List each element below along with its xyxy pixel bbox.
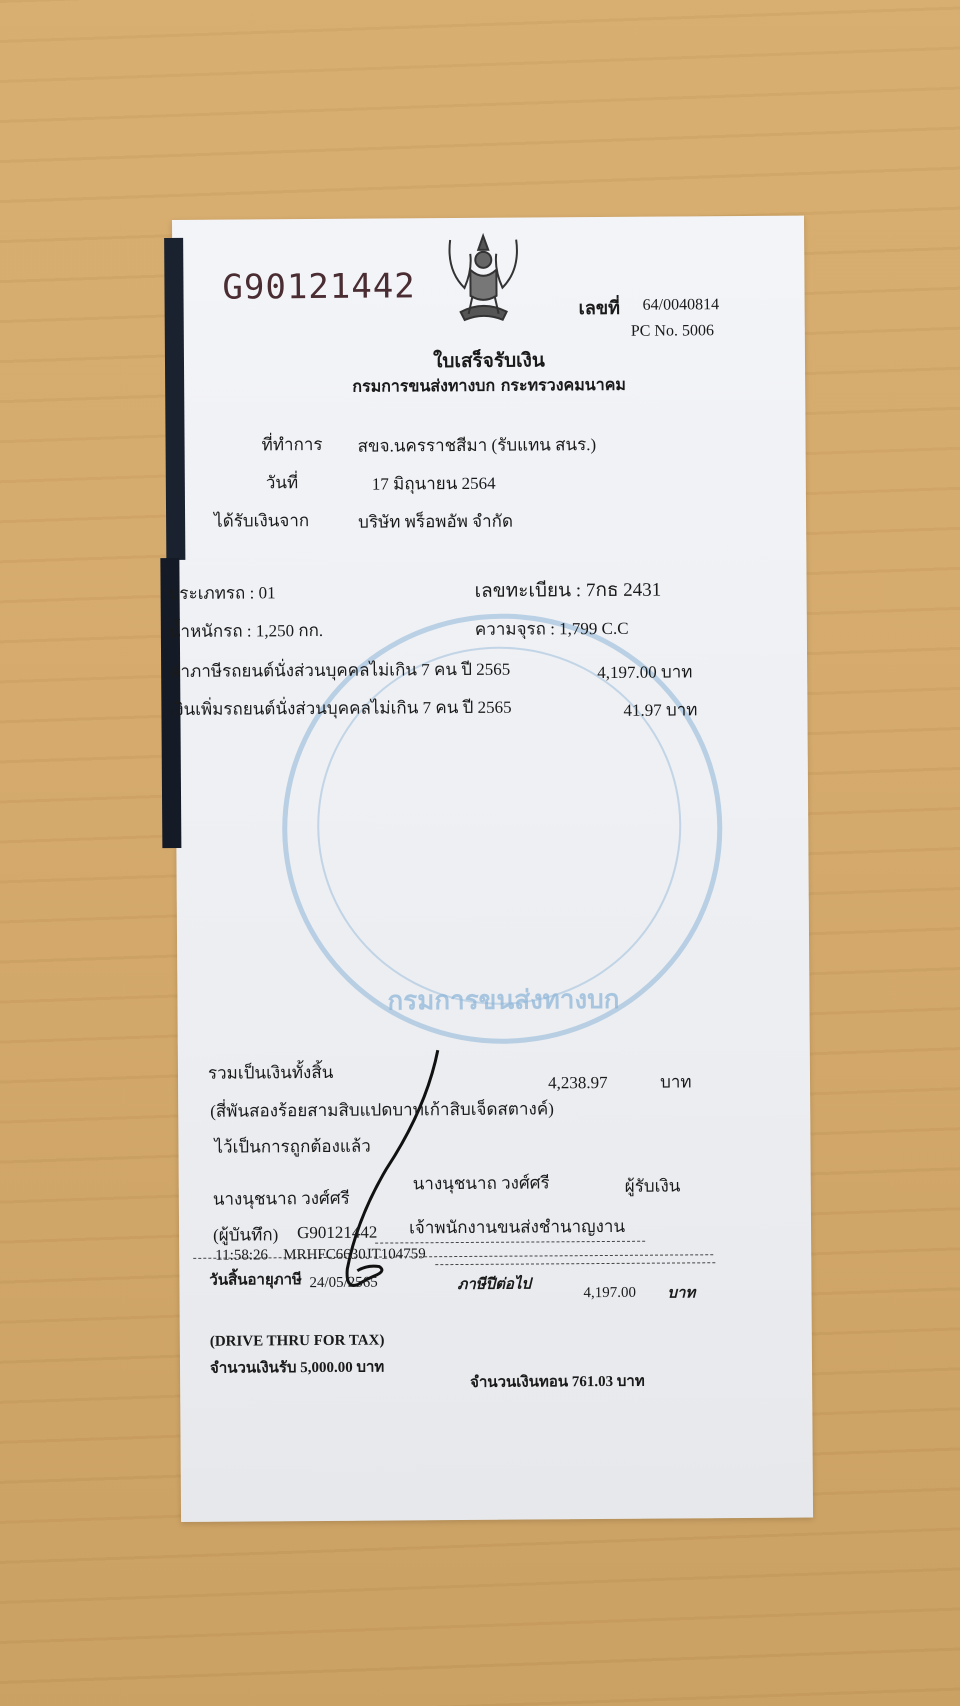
received-from-label: ได้รับเงินจาก bbox=[214, 507, 309, 535]
divider bbox=[193, 1254, 713, 1259]
next-year-tax-amount: 4,197.00 bbox=[583, 1285, 636, 1302]
receipt-number: 64/0040814 bbox=[643, 296, 720, 315]
tax-expiry-label: วันสิ้นอายุภาษี bbox=[209, 1267, 302, 1292]
vehicle-type: ประเภทรถ : 01 bbox=[169, 579, 276, 607]
receiver-role: ผู้รับเงิน bbox=[625, 1172, 681, 1199]
office-value: สขจ.นครราชสีมา (รับแทน สนร.) bbox=[357, 431, 596, 460]
license-plate: เลขทะเบียน : 7กธ 2431 bbox=[474, 575, 661, 606]
change-given: จำนวนเงินทอน 761.03 บาท bbox=[470, 1369, 645, 1394]
divider bbox=[435, 1262, 715, 1265]
transaction-time: 11:58:26 bbox=[215, 1247, 268, 1264]
issuer-name: กรมการขนส่งทางบก กระทรวงคมนาคม bbox=[173, 372, 805, 401]
total-currency: บาท bbox=[660, 1068, 692, 1095]
line-item-description: ค่าภาษีรถยนต์นั่งส่วนบุคคลไม่เกิน 7 คน ป… bbox=[169, 656, 510, 685]
receiver-name: นางนุชนาถ วงศ์ศรี bbox=[413, 1169, 550, 1197]
line-item-description: เงินเพิ่มรถยนต์นั่งส่วนบุคคลไม่เกิน 7 คน… bbox=[169, 694, 511, 723]
total-amount: 4,238.97 bbox=[548, 1073, 608, 1093]
officer-title: เจ้าพนักงานขนส่งชำนาญงาน bbox=[409, 1213, 625, 1242]
receipt-number-label: เลขที่ bbox=[579, 293, 621, 322]
vehicle-weight: น้ำหนักรถ : 1,250 กก. bbox=[169, 617, 323, 645]
signer-name: นางนุชนาถ วงศ์ศรี bbox=[213, 1185, 350, 1213]
serial-number: G90121442 bbox=[222, 266, 416, 307]
next-year-tax-currency: บาท bbox=[667, 1280, 695, 1304]
recorder-label: (ผู้บันทึก) bbox=[213, 1221, 278, 1248]
engine-capacity: ความจุรถ : 1,799 C.C bbox=[475, 615, 629, 643]
seal-text: กรมการขนส่งทางบก bbox=[288, 978, 718, 1022]
certified-text: ไว้เป็นการถูกต้องแล้ว bbox=[214, 1133, 371, 1161]
line-item-amount: 4,197.00 บาท bbox=[597, 658, 692, 686]
date-label: วันที่ bbox=[266, 469, 299, 496]
total-in-words: (สี่พันสองร้อยสามสิบแปดบาทเก้าสิบเจ็ดสตา… bbox=[210, 1095, 554, 1124]
received-from-value: บริษัท พร็อพอัพ จำกัด bbox=[358, 508, 513, 536]
pc-number: PC No. 5006 bbox=[631, 322, 714, 341]
line-item-amount: 41.97 บาท bbox=[623, 696, 697, 724]
date-value: 17 มิถุนายน 2564 bbox=[372, 470, 496, 498]
total-label: รวมเป็นเงินทั้งสิ้น bbox=[208, 1059, 334, 1087]
cash-received: จำนวนเงินรับ 5,000.00 บาท bbox=[210, 1355, 384, 1380]
office-label: ที่ทำการ bbox=[261, 431, 322, 458]
receipt-paper: G90121442 เลขที่ 64/0040814 PC No. 5006 … bbox=[172, 216, 813, 1522]
next-year-tax-label: ภาษีปีต่อไป bbox=[457, 1272, 531, 1297]
drive-thru-note: (DRIVE THRU FOR TAX) bbox=[210, 1333, 385, 1351]
garuda-emblem-icon bbox=[442, 230, 525, 331]
tax-expiry-date: 24/05/2565 bbox=[309, 1275, 377, 1292]
recorder-id: G90121442 bbox=[297, 1223, 377, 1244]
vehicle-vin: MRHFC6630JT104759 bbox=[283, 1246, 426, 1264]
